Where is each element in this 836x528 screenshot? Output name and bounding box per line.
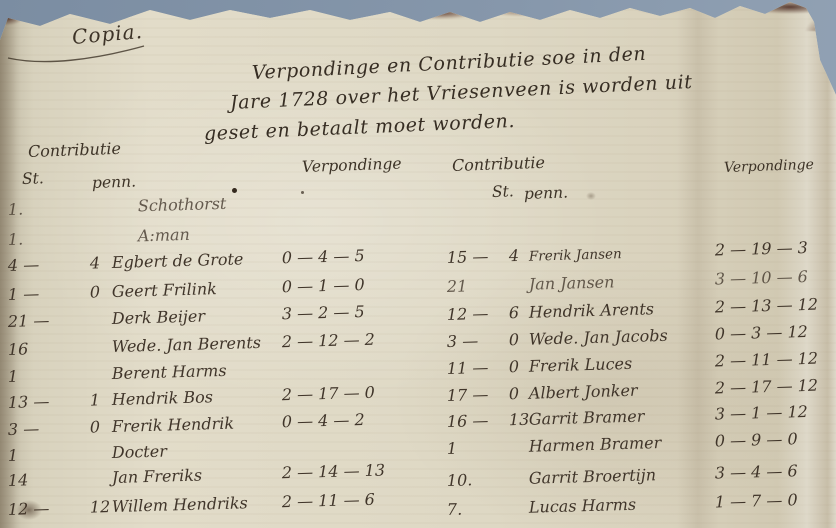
contributie-penn: 4: [90, 253, 113, 273]
verpondinge-amount: 2 — 17 — 0: [282, 381, 434, 404]
header-st-right: St.: [492, 182, 514, 201]
person-name: Wede. Jan Berents: [112, 333, 262, 356]
person-name: Frerik Hendrik: [112, 414, 235, 436]
person-name: Harmen Bramer: [529, 433, 662, 456]
contributie-penn: 0: [90, 417, 113, 437]
ink-smudge: [16, 500, 42, 520]
verpondinge-amount: 3 — 4 — 6: [715, 460, 835, 482]
verpondinge-amount: 0 — 1 — 0: [282, 273, 434, 296]
photo-background: Copia. Verpondinge en Contributie soe in…: [0, 0, 836, 528]
person-name: Geert Frilink: [112, 279, 217, 301]
person-name: Garrit Broertijn: [529, 465, 657, 488]
person-name: Egbert de Grote: [112, 249, 244, 272]
contributie-st: 21: [447, 275, 502, 296]
contributie-st: 4 —: [8, 254, 71, 275]
person-name: Albert Jonker: [529, 381, 638, 403]
verpondinge-amount: 2 — 19 — 3: [715, 237, 835, 259]
person-name: Frerik Jansen: [529, 246, 622, 265]
header-st-left: St.: [22, 169, 44, 188]
person-name: Schothorst: [138, 194, 227, 215]
person-name: Jan Jansen: [529, 272, 615, 293]
manuscript-paper: Copia. Verpondinge en Contributie soe in…: [0, 0, 836, 528]
header-penn-left: penn.: [92, 172, 137, 192]
header-verpondinge-far: Verpondinge: [724, 157, 814, 176]
contributie-st: 15 —: [447, 246, 502, 267]
verpondinge-amount: 0 — 3 — 12: [715, 321, 835, 343]
contributie-penn: 12: [90, 497, 113, 517]
header-verpondinge-mid: Verpondinge: [302, 155, 402, 176]
person-name: Willem Hendriks: [112, 493, 248, 516]
contributie-st: 1: [8, 365, 71, 386]
verpondinge-amount: 0 — 4 — 5: [282, 244, 434, 267]
verpondinge-amount: 2 — 13 — 12: [715, 294, 835, 316]
contributie-st: 13 —: [8, 391, 71, 412]
title-line-3: geset en betaalt moet worden.: [204, 110, 516, 145]
contributie-st: 16 —: [447, 410, 502, 431]
verpondinge-amount: 2 — 17 — 12: [715, 375, 835, 397]
verpondinge-amount: 2 — 12 — 2: [282, 328, 434, 351]
contributie-st: 14: [8, 469, 71, 490]
pinhole: [232, 188, 237, 193]
person-name: A:man: [138, 225, 190, 245]
contributie-st: 10.: [447, 469, 502, 490]
header-contributie-left: Contributie: [28, 139, 122, 161]
contributie-st: 7.: [447, 498, 502, 519]
contributie-st: 17 —: [447, 384, 502, 405]
contributie-st: 1.: [8, 228, 71, 249]
contributie-st: 3 —: [447, 330, 502, 351]
person-name: Derk Beijer: [112, 306, 206, 328]
verpondinge-amount: 3 — 2 — 5: [282, 300, 434, 323]
person-name: Docter: [112, 442, 167, 463]
contributie-st: 16: [8, 338, 71, 359]
contributie-st: 1: [8, 444, 71, 465]
contributie-penn: 0: [90, 282, 113, 302]
contributie-st: 21 —: [8, 310, 71, 331]
person-name: Frerik Luces: [529, 354, 633, 376]
copia-flourish: [4, 40, 154, 66]
pinhole: [301, 191, 304, 194]
person-name: Jan Freriks: [112, 466, 203, 488]
contributie-st: 11 —: [447, 357, 502, 378]
verpondinge-amount: 3 — 10 — 6: [715, 266, 835, 288]
contributie-st: 12 —: [447, 303, 502, 324]
header-penn-right: penn.: [524, 183, 569, 203]
verpondinge-amount: 0 — 9 — 0: [715, 428, 835, 450]
verpondinge-amount: 0 — 4 — 2: [282, 408, 434, 431]
verpondinge-amount: 3 — 1 — 12: [715, 401, 835, 423]
verpondinge-amount: 2 — 11 — 6: [282, 488, 434, 511]
contributie-st: 1 —: [8, 283, 71, 304]
contributie-st: 3 —: [8, 418, 71, 439]
person-name: Berent Harms: [112, 361, 227, 383]
verpondinge-amount: 2 — 14 — 13: [282, 459, 434, 482]
person-name: Hendrik Arents: [529, 299, 655, 321]
verpondinge-amount: 1 — 7 — 0: [715, 489, 835, 511]
contributie-st: 1.: [8, 198, 71, 219]
person-name: Hendrik Bos: [112, 387, 214, 409]
contributie-penn: 1: [90, 390, 113, 410]
header-contributie-right: Contributie: [452, 153, 546, 175]
person-name: Lucas Harms: [529, 495, 637, 517]
ink-smudge: [586, 192, 596, 200]
person-name: Wede. Jan Jacobs: [529, 326, 668, 349]
contributie-st: 1: [447, 437, 502, 458]
verpondinge-amount: 2 — 11 — 12: [715, 348, 835, 370]
person-name: Garrit Bramer: [529, 406, 645, 428]
